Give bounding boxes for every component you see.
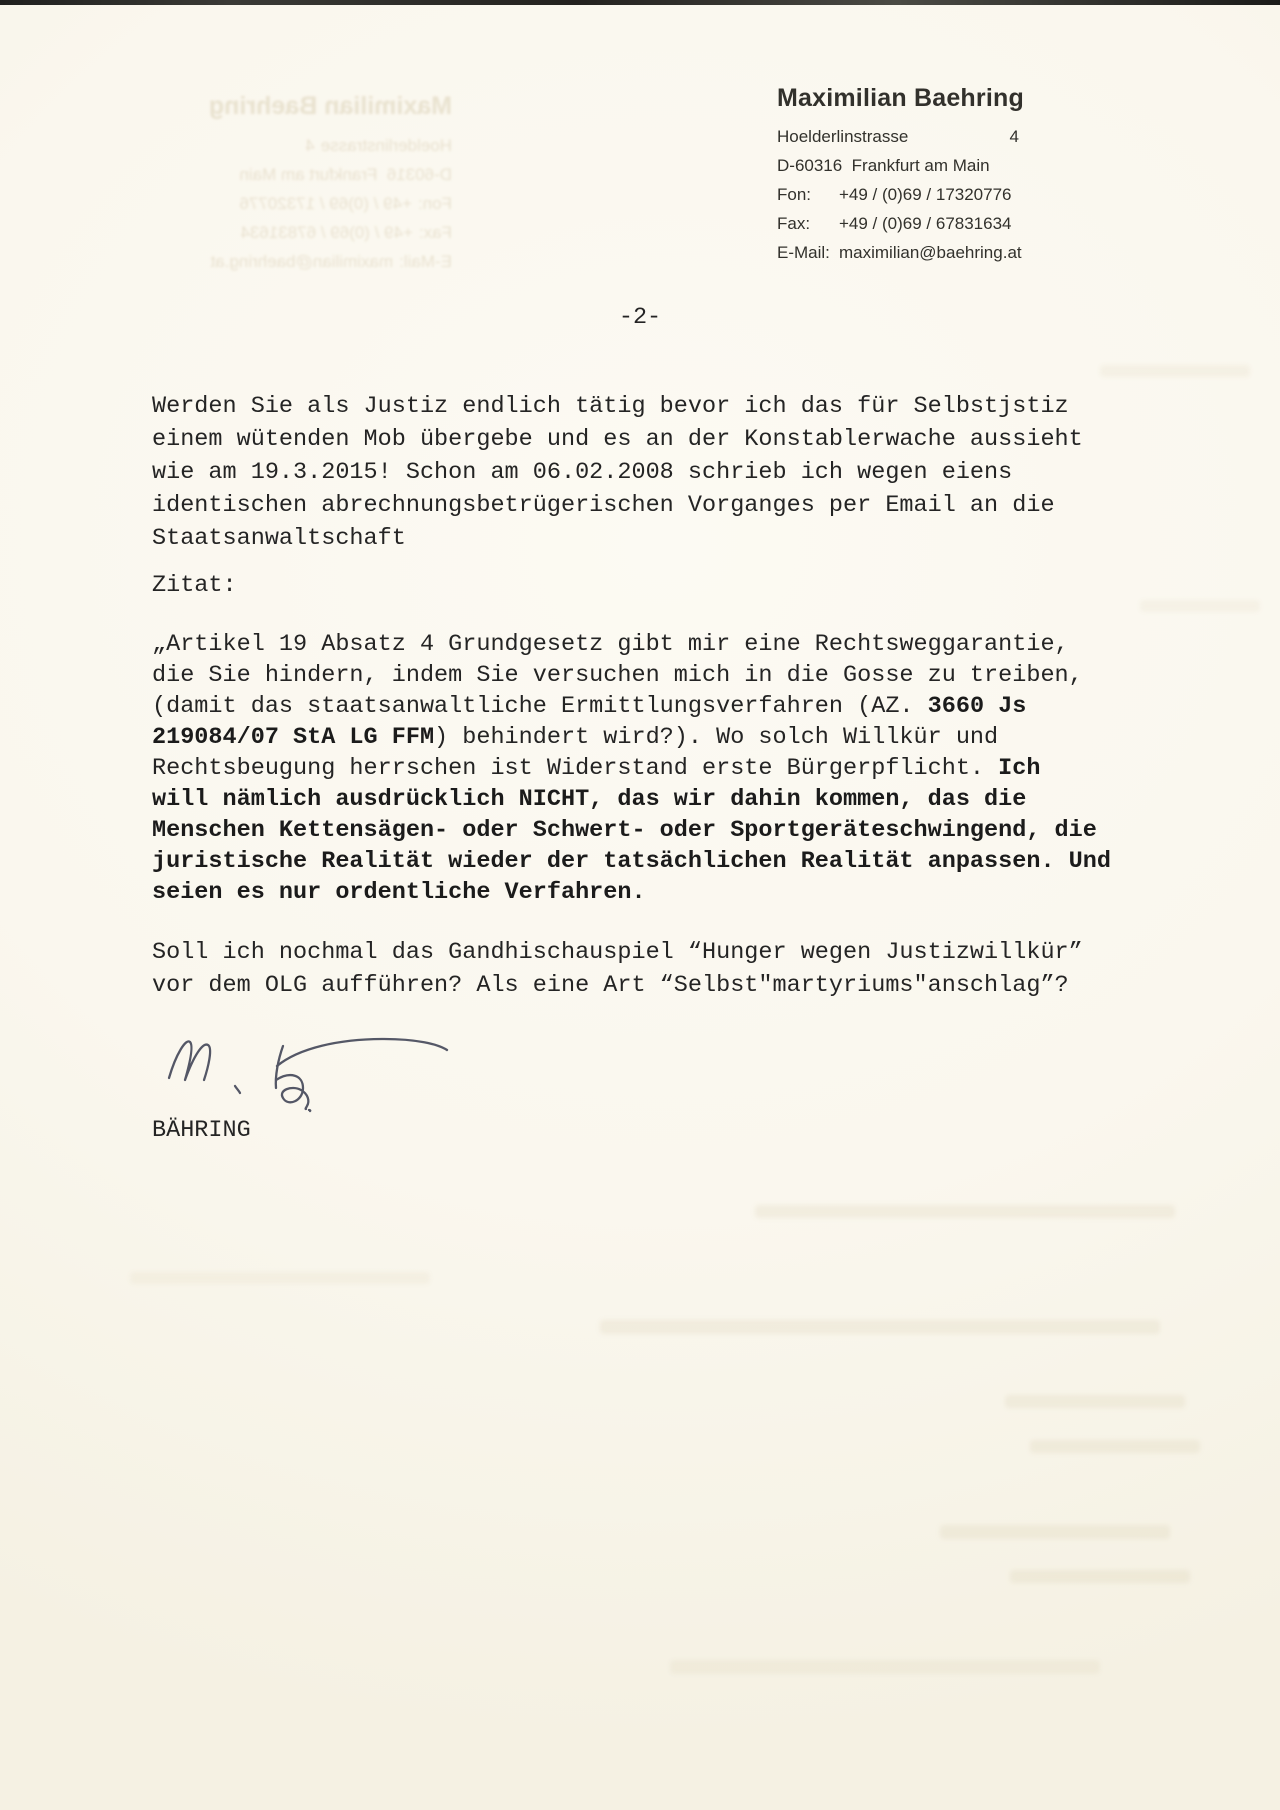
bleed-through-smudge <box>755 1205 1175 1218</box>
phone-number: +49 / (0)69 / 17320776 <box>839 180 1012 209</box>
letterhead: Maximilian Baehring Hoelderlinstrasse 4 … <box>777 84 1019 267</box>
sender-name: Maximilian Baehring <box>777 84 1019 113</box>
signature-scrawl <box>155 1028 465 1118</box>
sender-street-row: Hoelderlinstrasse 4 <box>777 122 1019 151</box>
fax-number: +49 / (0)69 / 67831634 <box>839 209 1012 238</box>
bleed-through-name: Maximilian Baehring <box>72 92 452 121</box>
paragraph-gandhi: Soll ich nochmal das Gandhischauspiel “H… <box>152 936 1112 1002</box>
sender-phone-row: Fon: +49 / (0)69 / 17320776 <box>777 180 1019 209</box>
sender-house-number: 4 <box>1010 122 1019 151</box>
email-label: E-Mail: <box>777 238 839 267</box>
quote-label: Zitat: <box>152 569 1112 602</box>
paragraph-justiz: Werden Sie als Justiz endlich tätig bevo… <box>152 390 1112 555</box>
sender-fax-row: Fax: +49 / (0)69 / 67831634 <box>777 209 1019 238</box>
scanner-edge-strip <box>0 0 1280 5</box>
bleed-through-smudge <box>130 1272 430 1284</box>
bleed-through-smudge <box>940 1525 1170 1539</box>
sender-street: Hoelderlinstrasse <box>777 122 908 151</box>
bleed-through-smudge <box>1140 600 1260 612</box>
bleed-through-smudge <box>600 1320 1160 1334</box>
quoted-email-text: „Artikel 19 Absatz 4 Grundgesetz gibt mi… <box>152 629 1112 908</box>
bleed-through-smudge <box>1010 1570 1190 1583</box>
bleed-through-street: Hoelderlinstrasse <box>321 131 452 160</box>
scanned-letter-page: { "letterhead": { "name": "Maximilian Ba… <box>0 0 1280 1810</box>
sender-city: D-60316 Frankfurt am Main <box>777 151 1019 180</box>
sender-email-row: E-Mail: maximilian@baehring.at <box>777 238 1019 267</box>
signature-name: BÄHRING <box>152 1114 1112 1147</box>
email-address: maximilian@baehring.at <box>839 238 1022 267</box>
page-number: -2- <box>0 304 1280 331</box>
bleed-through-smudge <box>1100 365 1250 377</box>
bleed-through-smudge <box>1005 1395 1185 1408</box>
phone-label: Fon: <box>777 180 839 209</box>
bleed-through-city: D-60316 Frankfurt am Main <box>72 160 452 189</box>
fax-label: Fax: <box>777 209 839 238</box>
bleed-through-smudge <box>1030 1440 1200 1453</box>
bleed-through-letterhead: Maximilian Baehring Hoelderlinstrasse 4 … <box>72 92 452 276</box>
bleed-through-smudge <box>670 1660 1100 1674</box>
